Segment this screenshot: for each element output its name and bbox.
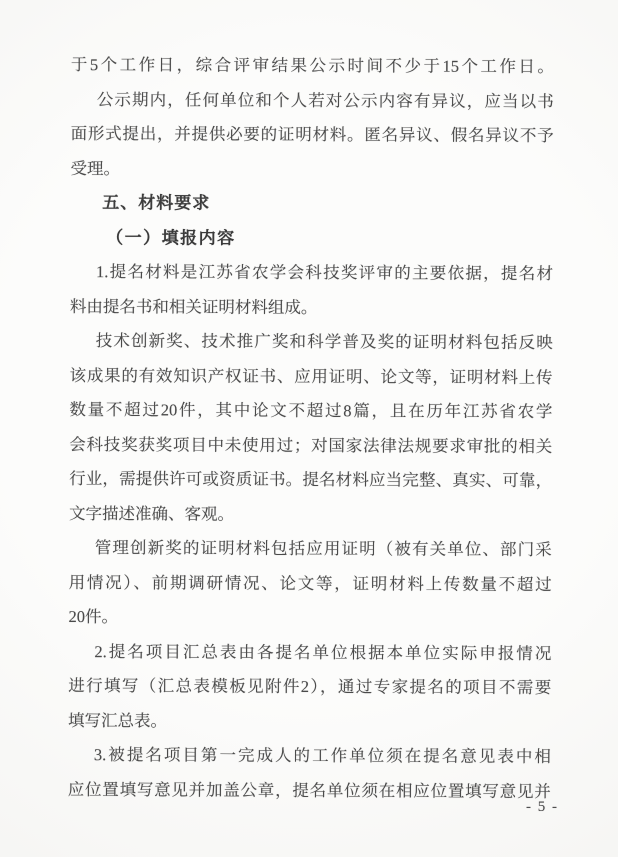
- text-line: 填写汇总表。: [68, 703, 551, 740]
- text-line: 2.提名项目汇总表由各提名单位根据本单位实际申报情况: [68, 634, 551, 671]
- text-line: 用情况）、前期调研情况、论文等，证明材料上传数量不超过: [69, 565, 552, 602]
- text-line: 会科技奖获奖项目中未使用过；对国家法律法规要求审批的相关: [69, 427, 552, 464]
- subsection-heading-fill-content: （一）填报内容: [70, 220, 553, 257]
- text-line: 技术创新奖、技术推广奖和科学普及奖的证明材料包括反映: [70, 324, 553, 361]
- text-line: 1.提名材料是江苏省农学会科技奖评审的主要依据，提名材: [70, 255, 553, 292]
- text-line: 受理。: [70, 151, 553, 188]
- text-line: 3.被提名项目第一完成人的工作单位须在提名意见表中相: [68, 738, 551, 775]
- text-line: 数量不超过20件，其中论文不超过8篇，且在历年江苏省农学: [69, 393, 552, 430]
- text-column: 于5个工作日，综合评审结果公示时间不少于15个工作日。 公示期内，任何单位和个人…: [68, 48, 554, 809]
- text-line: 管理创新奖的证明材料包括应用证明（被有关单位、部门采: [69, 531, 552, 568]
- document-page: 于5个工作日，综合评审结果公示时间不少于15个工作日。 公示期内，任何单位和个人…: [0, 0, 618, 857]
- text-line: 面形式提出，并提供必要的证明材料。匿名异议、假名异议不予: [71, 117, 554, 154]
- text-line: 该成果的有效知识产权证书、应用证明、论文等，证明材料上传: [69, 358, 552, 395]
- text-line: 于5个工作日，综合评审结果公示时间不少于15个工作日。: [71, 48, 554, 85]
- section-heading-material-requirements: 五、材料要求: [70, 186, 553, 223]
- text-line: 应位置填写意见并加盖公章，提名单位须在相应位置填写意见并: [68, 772, 551, 809]
- text-line: 行业，需提供许可或资质证书。提名材料应当完整、真实、可靠，: [69, 462, 552, 499]
- text-line: 20件。: [68, 600, 551, 637]
- text-line: 料由提名书和相关证明材料组成。: [70, 289, 553, 326]
- page-number: - 5 -: [526, 799, 559, 816]
- text-line: 公示期内，任何单位和个人若对公示内容有异议，应当以书: [71, 82, 554, 119]
- text-line: 文字描述准确、客观。: [69, 496, 552, 533]
- text-line: 进行填写（汇总表模板见附件2），通过专家提名的项目不需要: [68, 669, 551, 706]
